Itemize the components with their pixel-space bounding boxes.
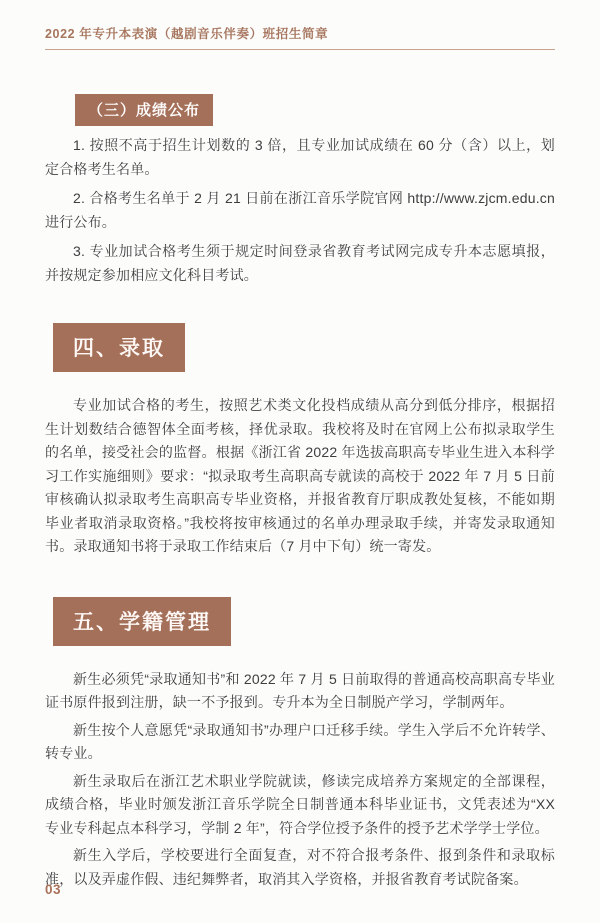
section-student-status-management: 五、学籍管理 新生必须凭“录取通知书”和 2022 年 7 月 5 日前取得的普… <box>45 565 555 892</box>
paragraph: 3. 专业加试合格考生须于规定时间登录省教育考试网完成专升本志愿填报，并按规定参… <box>45 240 555 287</box>
section-admission: 四、录取 专业加试合格的考生，按照艺术类文化投档成绩从高分到低分排序，根据招生计… <box>45 293 555 559</box>
section-paragraphs: 新生必须凭“录取通知书”和 2022 年 7 月 5 日前取得的普通高校高职高专… <box>45 668 555 892</box>
document-body: （三）成绩公布 1. 按照不高于招生计划数的 3 倍，且专业加试成绩在 60 分… <box>45 50 555 891</box>
section-badge-admission: 四、录取 <box>53 323 185 372</box>
paragraph: 1. 按照不高于招生计划数的 3 倍，且专业加试成绩在 60 分（含）以上，划定… <box>45 134 555 181</box>
section-score-publication: （三）成绩公布 1. 按照不高于招生计划数的 3 倍，且专业加试成绩在 60 分… <box>45 50 555 287</box>
paragraph: 新生必须凭“录取通知书”和 2022 年 7 月 5 日前取得的普通高校高职高专… <box>45 668 555 715</box>
section-badge-score-publication: （三）成绩公布 <box>75 94 213 126</box>
paragraph: 专业加试合格的考生，按照艺术类文化投档成绩从高分到低分排序，根据招生计划数结合德… <box>45 394 555 559</box>
document-page: 2022 年专升本表演（越剧音乐伴奏）班招生简章 （三）成绩公布 1. 按照不高… <box>0 0 600 923</box>
section-paragraphs: 专业加试合格的考生，按照艺术类文化投档成绩从高分到低分排序，根据招生计划数结合德… <box>45 394 555 559</box>
paragraph: 新生录取后在浙江艺术职业学院就读，修读完成培养方案规定的全部课程，成绩合格，毕业… <box>45 770 555 841</box>
running-header: 2022 年专升本表演（越剧音乐伴奏）班招生简章 <box>45 26 555 50</box>
paragraph: 新生入学后，学校要进行全面复查，对不符合报考条件、报到条件和录取标准，以及弄虚作… <box>45 844 555 891</box>
document-title: 2022 年专升本表演（越剧音乐伴奏）班招生简章 <box>45 26 555 42</box>
section-badge-student-status: 五、学籍管理 <box>53 597 231 646</box>
paragraph: 新生按个人意愿凭“录取通知书”办理户口迁移手续。学生入学后不允许转学、转专业。 <box>45 719 555 766</box>
paragraph: 2. 合格考生名单于 2 月 21 日前在浙江音乐学院官网 http://www… <box>45 187 555 234</box>
section-paragraphs: 1. 按照不高于招生计划数的 3 倍，且专业加试成绩在 60 分（含）以上，划定… <box>45 134 555 287</box>
page-number: 03 <box>45 882 61 897</box>
